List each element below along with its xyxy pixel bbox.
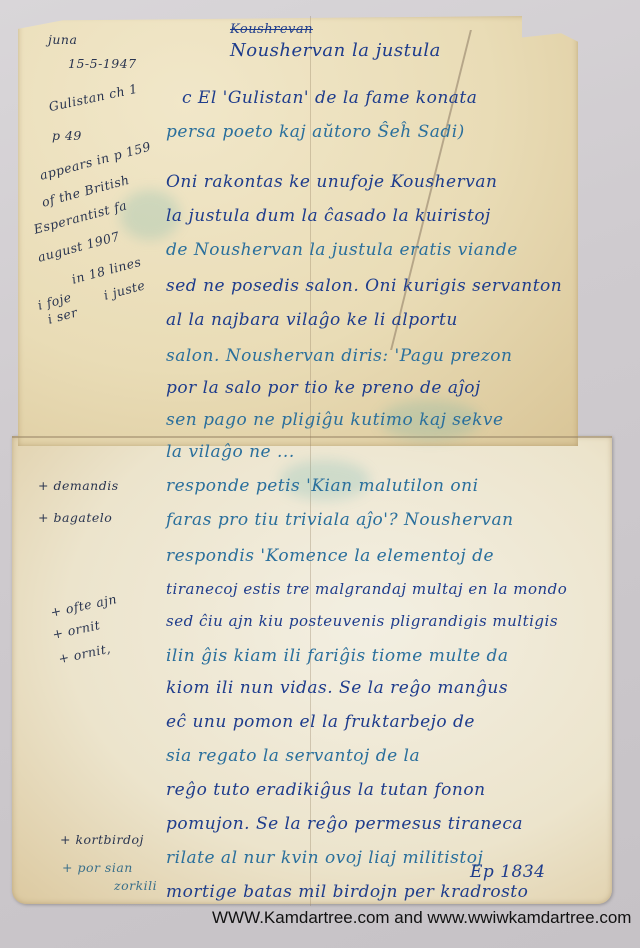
manuscript-line: Ep 1834 (470, 862, 545, 882)
manuscript-line: respondis 'Komence la elementoj de (166, 546, 494, 566)
manuscript-line: c El 'Gulistan' de la fame konata (182, 88, 477, 108)
manuscript-line: de Noushervan la justula eratis viande (166, 240, 518, 260)
manuscript-line: Oni rakontas ke unufoje Koushervan (166, 172, 497, 192)
margin-note: 15-5-1947 (68, 56, 137, 71)
manuscript-line: sed ne posedis salon. Oni kurigis servan… (166, 276, 562, 296)
margin-note: juna (48, 32, 77, 47)
manuscript-line: persa poeto kaj aŭtoro Ŝeĥ Sadi) (166, 122, 465, 142)
margin-note: zorkili (114, 878, 157, 893)
manuscript-line: kiom ili nun vidas. Se la reĝo manĝus (166, 678, 508, 698)
manuscript-line: reĝo tuto eradikiĝus la tutan fonon (166, 780, 486, 800)
manuscript-line: sen pago ne pligiĝu kutimo kaj sekve (166, 410, 504, 430)
manuscript-line: mortige batas mil birdojn per kradrosto (166, 882, 528, 902)
margin-note: + bagatelo (38, 510, 112, 525)
manuscript-line: eĉ unu pomon el la fruktarbejo de (166, 712, 475, 732)
manuscript-line: la vilaĝo ne ... (166, 442, 295, 462)
manuscript-line: faras pro tiu triviala aĵo'? Noushervan (166, 510, 514, 530)
manuscript-line: por la salo por tio ke preno de aĵoj (166, 378, 481, 398)
manuscript-line: salon. Noushervan diris: 'Pagu prezon (166, 346, 512, 366)
manuscript-line: tiranecoj estis tre malgrandaj multaj en… (166, 580, 567, 598)
watermark-caption: WWW.Kamdartree.com and www.wwiwkamdartre… (212, 908, 631, 928)
manuscript-line: sia regato la servantoj de la (166, 746, 420, 766)
manuscript-line: la justula dum la ĉasado la kuiristoj (166, 206, 491, 226)
margin-note: + kortbirdoj (60, 832, 144, 847)
document-title: Noushervan la justula (230, 40, 441, 61)
manuscript-line: pomujon. Se la reĝo permesus tiraneca (166, 814, 523, 834)
manuscript-line: rilate al nur kvin ovoj liaj militistoj (166, 848, 483, 868)
struck-title: Koushrevan (230, 22, 313, 37)
manuscript-line: ilin ĝis kiam ili fariĝis tiome multe da (166, 646, 509, 666)
margin-note: + por sian (62, 860, 133, 875)
manuscript-line: responde petis 'Kian malutilon oni (166, 476, 479, 496)
manuscript-line: al la najbara vilaĝo ke li alportu (166, 310, 458, 330)
horizontal-fold-line (12, 436, 612, 438)
margin-note: + demandis (38, 478, 119, 493)
manuscript-line: sed ĉiu ajn kiu posteuvenis pligrandigis… (166, 612, 558, 630)
margin-note: p 49 (52, 128, 82, 143)
